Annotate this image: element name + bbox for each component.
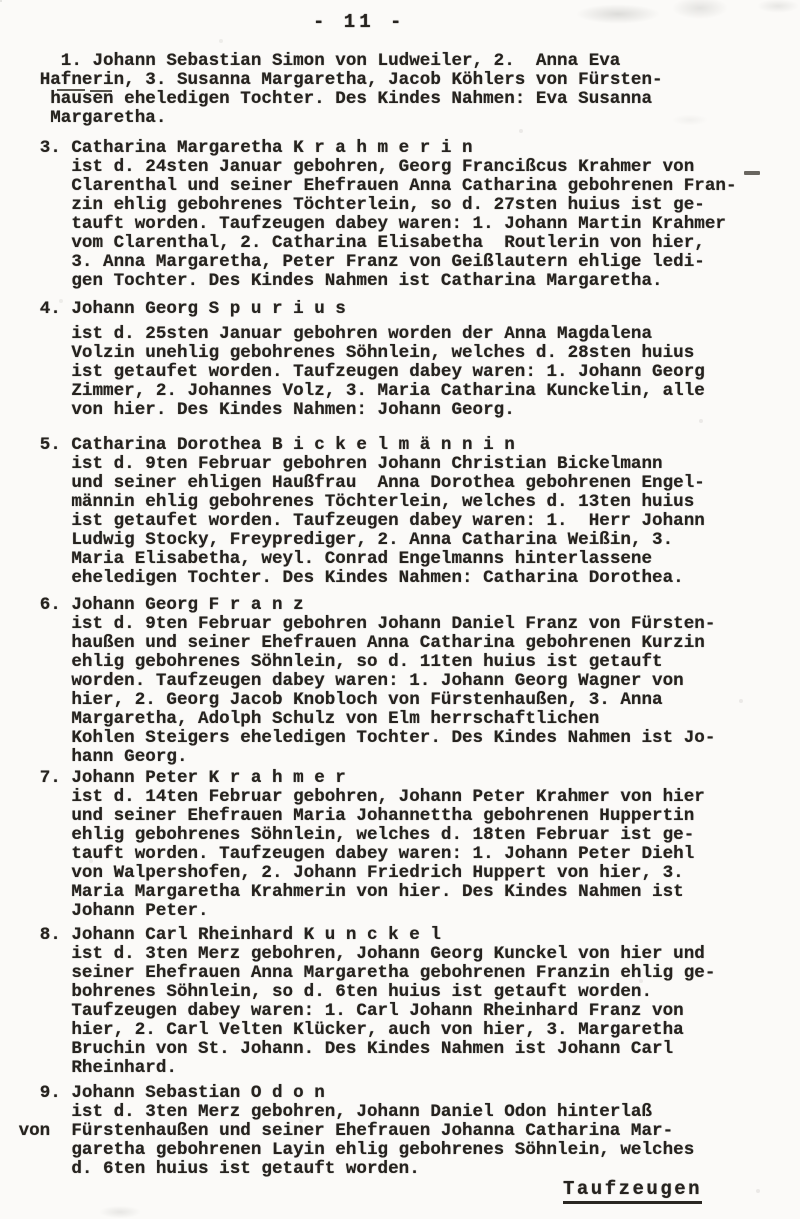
entry-heading: 5. Catharina Dorothea B i c k e l m ä n … xyxy=(8,436,794,455)
baptism-entry-8: 8. Johann Carl Rheinhard K u n c k e l i… xyxy=(8,926,794,1078)
scanned-register-page: - 11 - 1. Johann Sebastian Simon von Lud… xyxy=(0,0,800,1219)
entry-heading: 3. Catharina Margaretha K r a h m e r i … xyxy=(8,139,794,158)
entry-body: 1. Johann Sebastian Simon von Ludweiler,… xyxy=(8,52,794,128)
baptism-entry-4: 4. Johann Georg S p u r i u s ist d. 25s… xyxy=(8,300,794,420)
baptism-entry-3: 3. Catharina Margaretha K r a h m e r i … xyxy=(8,139,794,291)
page-number: - 11 - xyxy=(313,12,405,32)
entry-body: ist d. 3ten Merz gebohren, Johann Daniel… xyxy=(8,1103,794,1179)
baptism-entry-9: 9. Johann Sebastian O d o n ist d. 3ten … xyxy=(8,1084,794,1179)
correction-underline xyxy=(57,89,85,91)
baptism-entry-6: 6. Johann Georg F r a n z ist d. 9ten Fe… xyxy=(8,596,794,767)
entry-body: ist d. 14ten Februar gebohren, Johann Pe… xyxy=(8,788,794,921)
entry-body: ist d. 9ten Februar gebohren Johann Chri… xyxy=(8,455,794,588)
entry-body: ist d. 25sten Januar gebohren worden der… xyxy=(8,325,794,420)
baptism-entry-continuation: 1. Johann Sebastian Simon von Ludweiler,… xyxy=(8,52,794,128)
entry-body: ist d. 24sten Januar gebohren, Georg Fra… xyxy=(8,158,794,291)
entry-heading: 4. Johann Georg S p u r i u s xyxy=(8,300,794,319)
catchword-taufzeugen: Taufzeugen xyxy=(563,1178,702,1204)
entry-body: ist d. 9ten Februar gebohren Johann Dani… xyxy=(8,615,794,767)
entry-heading: 9. Johann Sebastian O d o n xyxy=(8,1084,794,1103)
entry-heading: 8. Johann Carl Rheinhard K u n c k e l xyxy=(8,926,794,945)
scan-speckles xyxy=(0,0,2,2)
entry-heading: 6. Johann Georg F r a n z xyxy=(8,596,794,615)
correction-underline xyxy=(90,90,112,92)
baptism-entry-5: 5. Catharina Dorothea B i c k e l m ä n … xyxy=(8,436,794,588)
entry-body: ist d. 3ten Merz gebohren, Johann Georg … xyxy=(8,945,794,1078)
entry-heading: 7. Johann Peter K r a h m e r xyxy=(8,769,794,788)
baptism-entry-7: 7. Johann Peter K r a h m e r ist d. 14t… xyxy=(8,769,794,921)
